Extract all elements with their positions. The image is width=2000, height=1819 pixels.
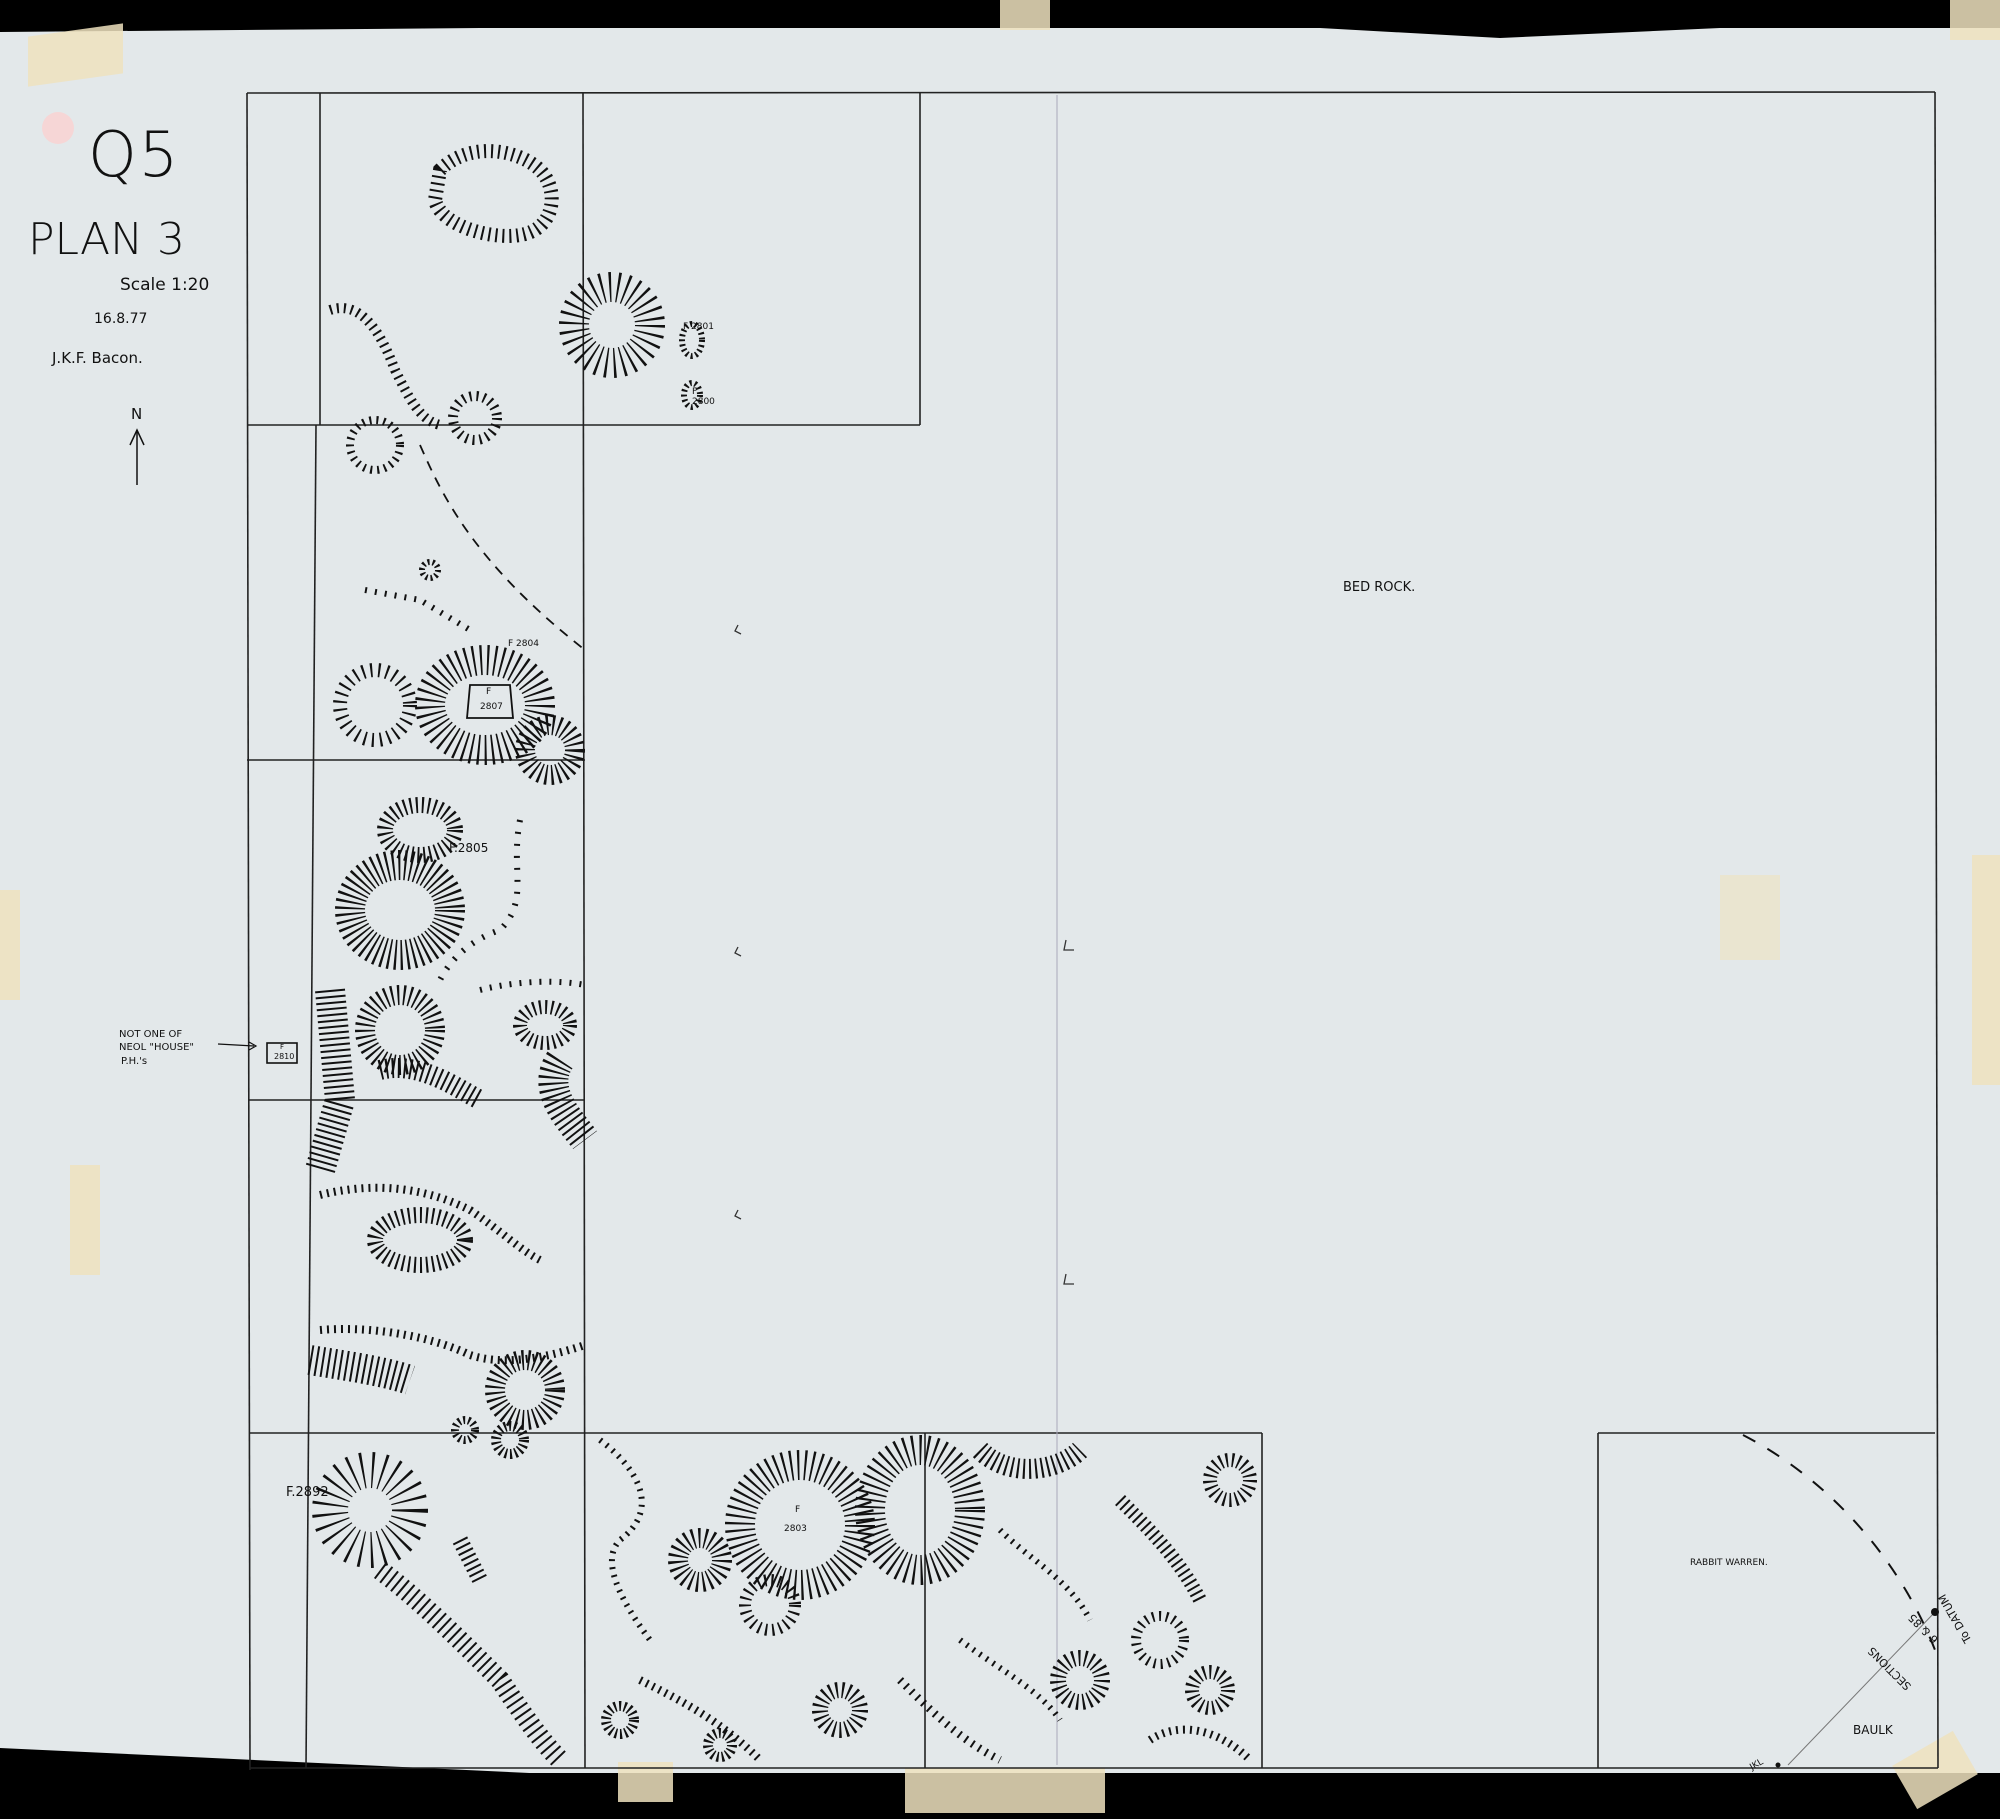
north-label: N xyxy=(131,405,142,423)
rabbit-warren-label: RABBIT WARREN. xyxy=(1690,1558,1768,1568)
site-plan-drawing xyxy=(0,0,2000,1819)
feature-label-f2803-bottom: 2803 xyxy=(784,1524,807,1534)
section-line xyxy=(1788,1612,1935,1765)
feature-label-f2804: F 2804 xyxy=(508,639,539,649)
feature-label-f2810-bottom: 2810 xyxy=(274,1052,294,1061)
note-line-3: P.H.'s xyxy=(121,1056,147,1067)
scale-label: Scale 1:20 xyxy=(120,275,209,295)
author-label: J.K.F. Bacon. xyxy=(52,349,143,367)
feature-label-f2892: F.2892 xyxy=(286,1485,329,1500)
bed-rock-label: BED ROCK. xyxy=(1343,580,1415,595)
baulk-label: BAULK xyxy=(1853,1723,1893,1737)
feature-label-f2807-bottom: 2807 xyxy=(480,702,503,712)
dashed-boundary-1 xyxy=(420,445,585,650)
feature-label-f2805: F.2805 xyxy=(449,841,488,855)
plan-number: PLAN 3 xyxy=(28,214,185,265)
pointer-arrow-icon xyxy=(218,1042,256,1050)
hachured-features xyxy=(310,151,1250,1760)
feature-label-f2800: F 2800 xyxy=(692,387,718,407)
feature-label-f2807-top: F xyxy=(486,687,491,697)
datum-mark-point xyxy=(1776,1763,1781,1768)
feature-label-f2801: F 2801 xyxy=(683,322,714,332)
grid-tick-marks xyxy=(735,625,1074,1284)
grid-lines xyxy=(247,92,1938,1770)
feature-label-f2803-top: F xyxy=(795,1505,800,1515)
note-line-1: NOT ONE OF xyxy=(119,1029,182,1040)
sheet-title: Q5 xyxy=(88,118,180,191)
sticker-dot xyxy=(42,112,74,144)
feature-label-f2810-top: F xyxy=(280,1043,284,1051)
north-arrow-icon xyxy=(130,430,144,485)
note-line-2: NEOL "HOUSE" xyxy=(119,1042,194,1053)
datum-point xyxy=(1931,1608,1939,1616)
date-label: 16.8.77 xyxy=(94,311,147,327)
